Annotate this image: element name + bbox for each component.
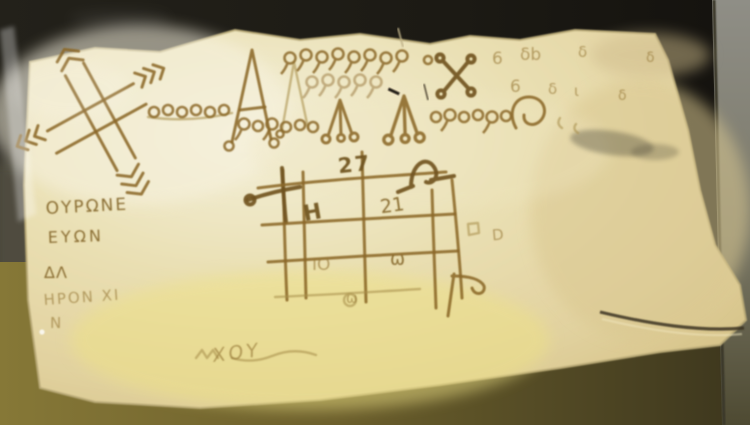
- grid-side-mark: D: [491, 225, 504, 244]
- svg-text:6: 6: [492, 49, 503, 69]
- svg-text:δ: δ: [646, 50, 655, 66]
- greek-line-5: Ν: [50, 314, 61, 332]
- grid-cell-e: ω: [346, 291, 358, 307]
- photo-ancient-parchment-amulet: 27 H 21 ω IO ω D 6 δb δ 6 δ ι δ δ ΟΥΡΩΝΕ…: [0, 0, 750, 425]
- svg-text:δ: δ: [548, 80, 557, 98]
- svg-text:δb: δb: [520, 45, 541, 65]
- greek-line-3: ΔΛ: [44, 263, 68, 282]
- grid-cell-c: ω: [390, 249, 405, 270]
- svg-text:δ: δ: [618, 88, 627, 104]
- photo-canvas: 27 H 21 ω IO ω D 6 δb δ 6 δ ι δ δ ΟΥΡΩΝΕ…: [0, 0, 750, 425]
- svg-text:6: 6: [510, 77, 521, 97]
- grid-cell-d: IO: [312, 255, 330, 275]
- grid-number-27: 27: [337, 151, 373, 178]
- grid-cell-b: 21: [379, 193, 406, 218]
- svg-text:δ: δ: [578, 43, 587, 61]
- svg-text:ι: ι: [574, 82, 579, 100]
- ink-smudge-stain-2: [631, 144, 679, 160]
- greek-line-2: ΕΥΩΝ: [47, 226, 104, 247]
